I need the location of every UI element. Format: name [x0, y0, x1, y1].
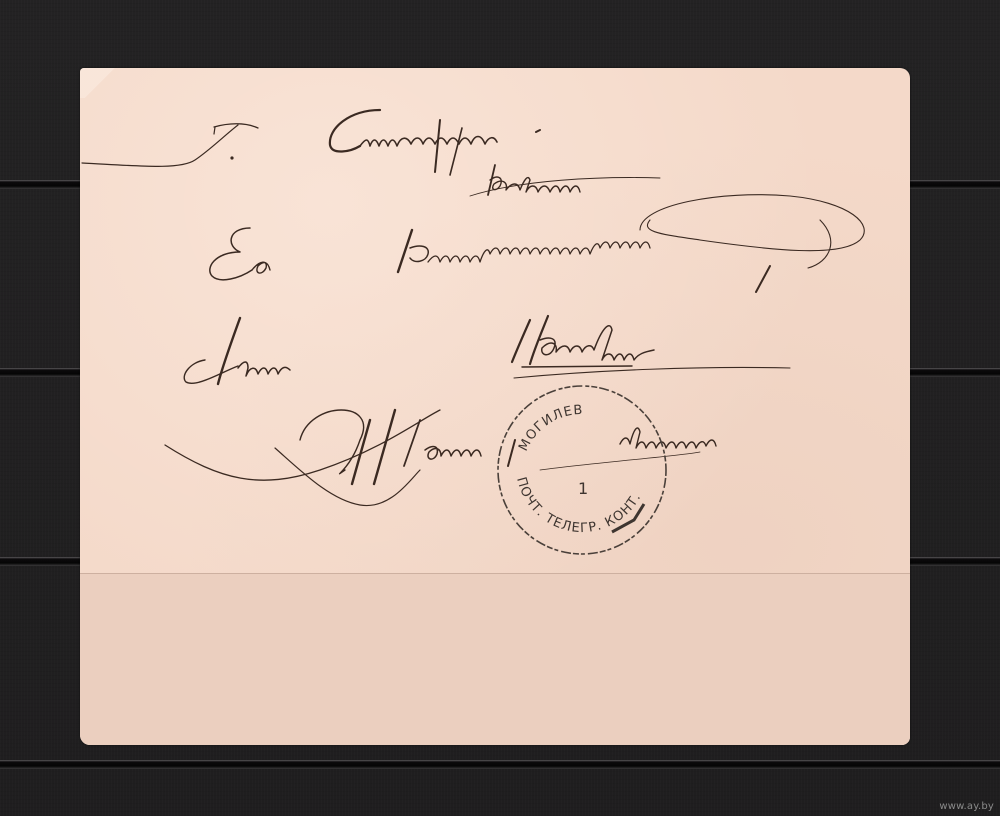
folded-corner	[80, 68, 120, 98]
envelope-lower-strip	[80, 573, 910, 745]
site-watermark: www.ay.by	[939, 801, 994, 812]
postmark-top-text: МОГИЛЕВ	[516, 403, 584, 454]
postmark: МОГИЛЕВ ПОЧТ. ТЕЛЕГР. КОНТ. 1	[494, 382, 670, 558]
postmark-center-text: 1	[578, 479, 589, 498]
album-strip-divider	[0, 760, 1000, 769]
